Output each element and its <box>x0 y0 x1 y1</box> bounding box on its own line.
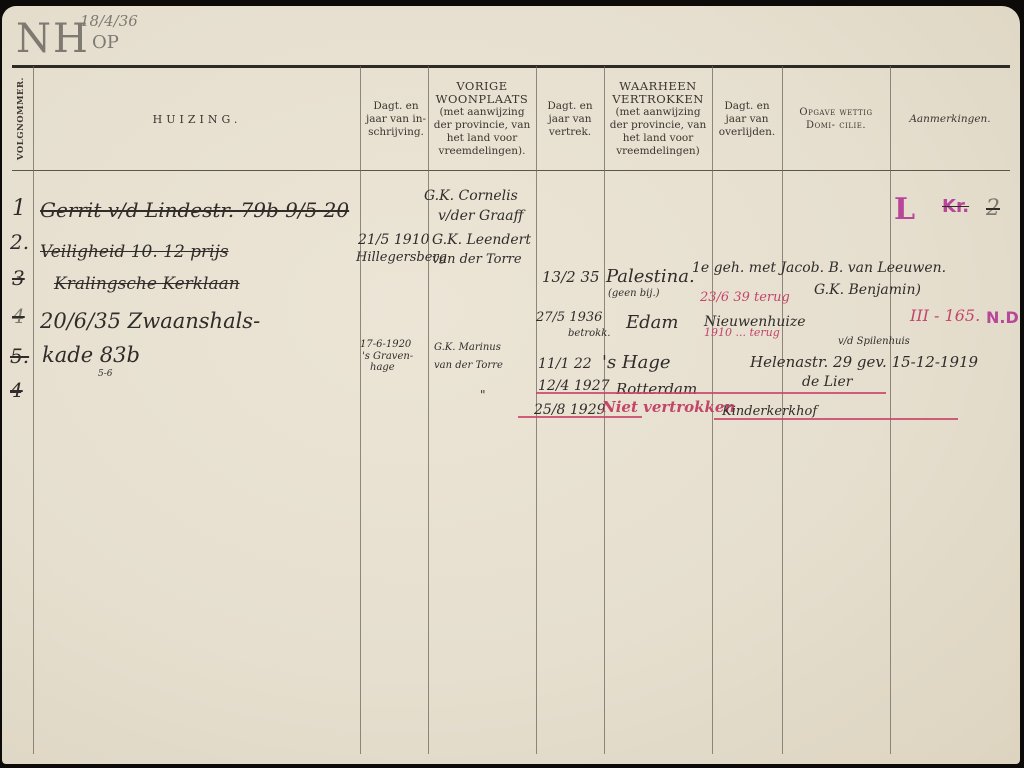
address-line: Kralingsche Kerklaan <box>54 274 240 294</box>
remark: Kinderkerkhof <box>722 404 817 419</box>
departure-date: 27/5 1936 <box>536 310 602 325</box>
previous-residence: van der Torre <box>434 360 503 371</box>
header-volgnommer: VOLGNOMMER. <box>10 68 32 170</box>
row-number: 4 <box>10 378 23 402</box>
stamp-letter: L <box>894 192 915 227</box>
address-line: Gerrit v/d Lindestr. 79b 9/5 20 <box>40 198 349 222</box>
header-waarheen-title: WAARHEEN VERTROKKEN <box>605 80 711 106</box>
destination-note: betrokk. <box>568 328 610 339</box>
registration-place: 's Graven- <box>362 351 413 362</box>
previous-residence: v/der Graaff <box>438 208 524 224</box>
card-initials: NH <box>16 16 90 62</box>
previous-residence: G.K. Marinus <box>434 342 501 353</box>
previous-residence: G.K. Leendert <box>432 232 531 248</box>
remark-red: 1910 ... terug <box>704 326 780 339</box>
previous-residence: " <box>480 388 486 402</box>
card-date: 18/4/36 <box>80 12 138 30</box>
departure-date: 11/1 22 <box>538 356 592 372</box>
header-vorige-woonplaats: VORIGE WOONPLAATS (met aanwijzing der pr… <box>429 68 535 170</box>
card-sub-annotation: OP <box>92 32 119 53</box>
header-domicilie: Opgave wettig Domi- cilie. <box>783 68 889 170</box>
red-strike <box>536 392 886 394</box>
registration-card: NH 18/4/36 OP VOLGNOMMER. HUIZING. Dagt.… <box>2 6 1020 764</box>
destination: 's Hage <box>602 352 671 373</box>
row-number: 4 <box>12 304 25 328</box>
departure-date: 13/2 35 <box>542 268 600 286</box>
address-line: 20/6/35 Zwaanshals- <box>40 309 260 333</box>
column-divider <box>360 66 361 754</box>
address-line: Veiligheid 10. 12 prijs <box>40 242 229 262</box>
destination-note: (geen bij.) <box>608 288 660 299</box>
previous-residence: van der Torre <box>432 252 522 267</box>
header-vertrek: Dagt. en jaar van vertrek. <box>537 68 603 170</box>
header-bottom-rule <box>12 170 1010 171</box>
pencil-number: 2 <box>986 196 1000 221</box>
header-aanmerkingen: Aanmerkingen. <box>891 68 1009 170</box>
stamp-nd: N.D <box>986 308 1019 327</box>
stamp-kr: Kr. <box>942 196 969 217</box>
address-line: kade 83b <box>42 343 140 367</box>
remark-red: 23/6 39 terug <box>700 290 790 305</box>
destination: Rotterdam <box>616 380 697 398</box>
registration-date: 17-6-1920 <box>360 339 411 350</box>
destination: Palestina. <box>606 266 695 287</box>
remark: G.K. Benjamin) <box>814 282 921 298</box>
registration-place: hage <box>370 362 395 373</box>
row-number: 1 <box>12 196 26 221</box>
header-vorige-woonplaats-title: VORIGE WOONPLAATS <box>429 80 535 106</box>
header-inschrijving: Dagt. en jaar van in- schrijving. <box>362 68 430 170</box>
remark: 1e geh. met Jacob. B. van Leeuwen. <box>692 260 946 276</box>
header-overlijden: Dagt. en jaar van overlijden. <box>713 68 781 170</box>
not-departed-note: Niet vertrokken <box>602 398 735 416</box>
header-volgnommer-label: VOLGNOMMER. <box>15 77 28 160</box>
red-strike <box>518 416 642 418</box>
remark: Helenastr. 29 gev. 15-12-1919 <box>750 353 978 371</box>
red-strike <box>714 418 958 420</box>
row-number: 5. <box>10 344 29 368</box>
registration-date: 21/5 1910 <box>358 232 430 248</box>
destination: Edam <box>626 312 678 333</box>
row-number: 2. <box>10 230 29 254</box>
row-number: 3 <box>12 266 25 290</box>
header-waarheen-sub: (met aanwijzing der provincie, van het l… <box>605 106 711 158</box>
remark: v/d Spilenhuis <box>838 336 910 347</box>
header-huizing: HUIZING. <box>34 68 360 170</box>
header-vorige-woonplaats-sub: (met aanwijzing der provincie, van het l… <box>429 106 535 158</box>
grave-number: III - 165. <box>910 306 980 325</box>
header-waarheen: WAARHEEN VERTROKKEN (met aanwijzing der … <box>605 68 711 170</box>
address-sub: 5-6 <box>98 369 113 379</box>
previous-residence: G.K. Cornelis <box>424 188 518 204</box>
remark: de Lier <box>802 374 852 390</box>
